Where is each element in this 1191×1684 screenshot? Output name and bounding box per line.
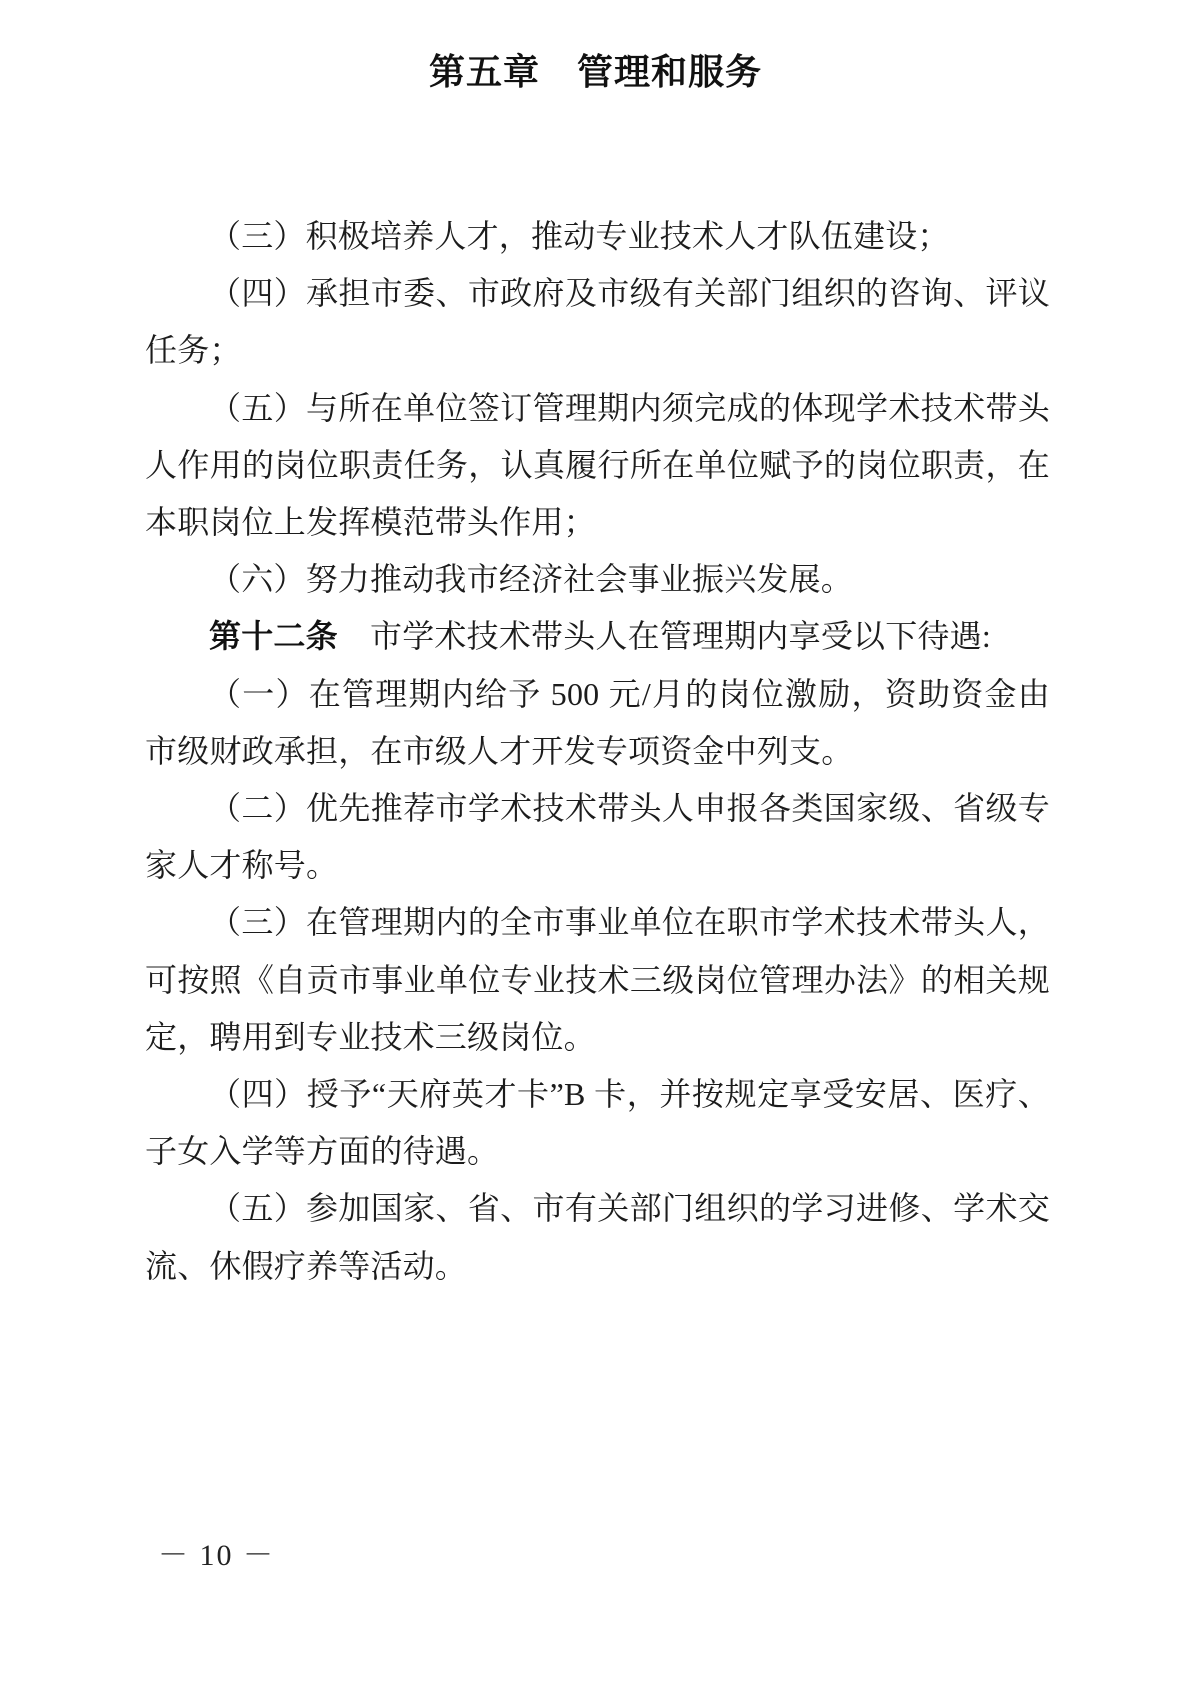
- paragraph: （四）承担市委、市政府及市级有关部门组织的咨询、评议任务；: [145, 265, 1050, 379]
- document-page: （三）积极培养人才，推动专业技术人才队伍建设；（四）承担市委、市政府及市级有关部…: [0, 0, 1191, 1684]
- paragraph-text: （三）积极培养人才，推动专业技术人才队伍建设；: [209, 218, 950, 254]
- paragraph: （五）参加国家、省、市有关部门组织的学习进修、学术交流、休假疗养等活动。: [145, 1180, 1050, 1294]
- paragraph-text: （四）承担市委、市政府及市级有关部门组织的咨询、评议任务；: [145, 275, 1050, 368]
- paragraph-text: （二）优先推荐市学术技术带头人申报各类国家级、省级专家人才称号。: [145, 790, 1050, 883]
- paragraph: 第十二条 市学术技术带头人在管理期内享受以下待遇:: [145, 608, 1050, 665]
- paragraph-text: （六）努力推动我市经济社会事业振兴发展。: [209, 561, 853, 597]
- document-body: （三）积极培养人才，推动专业技术人才队伍建设；（四）承担市委、市政府及市级有关部…: [145, 208, 1050, 1295]
- paragraph: （二）优先推荐市学术技术带头人申报各类国家级、省级专家人才称号。: [145, 780, 1050, 894]
- paragraph-text: （五）参加国家、省、市有关部门组织的学习进修、学术交流、休假疗养等活动。: [145, 1190, 1050, 1283]
- paragraph-text: （四）授予“天府英才卡”B 卡，并按规定享受安居、医疗、子女入学等方面的待遇。: [145, 1076, 1050, 1169]
- paragraph: （四）授予“天府英才卡”B 卡，并按规定享受安居、医疗、子女入学等方面的待遇。: [145, 1066, 1050, 1180]
- paragraph-text: （三）在管理期内的全市事业单位在职市学术技术带头人，可按照《自贡市事业单位专业技…: [145, 904, 1050, 1054]
- paragraph-text: （五）与所在单位签订管理期内须完成的体现学术技术带头人作用的岗位职责任务，认真履…: [145, 390, 1050, 540]
- paragraph: （三）积极培养人才，推动专业技术人才队伍建设；: [145, 208, 1050, 265]
- paragraph: （六）努力推动我市经济社会事业振兴发展。: [145, 551, 1050, 608]
- paragraph: （一）在管理期内给予 500 元/月的岗位激励，资助资金由市级财政承担，在市级人…: [145, 666, 1050, 780]
- paragraph-text: 市学术技术带头人在管理期内享受以下待遇:: [338, 618, 991, 654]
- page-number: － 10 －: [158, 1538, 275, 1574]
- paragraph-text: （一）在管理期内给予 500 元/月的岗位激励，资助资金由市级财政承担，在市级人…: [145, 676, 1050, 769]
- paragraph: （五）与所在单位签订管理期内须完成的体现学术技术带头人作用的岗位职责任务，认真履…: [145, 380, 1050, 552]
- article-number: 第十二条: [209, 618, 338, 654]
- paragraph: （三）在管理期内的全市事业单位在职市学术技术带头人，可按照《自贡市事业单位专业技…: [145, 894, 1050, 1066]
- chapter-heading: 第五章 管理和服务: [0, 50, 1191, 94]
